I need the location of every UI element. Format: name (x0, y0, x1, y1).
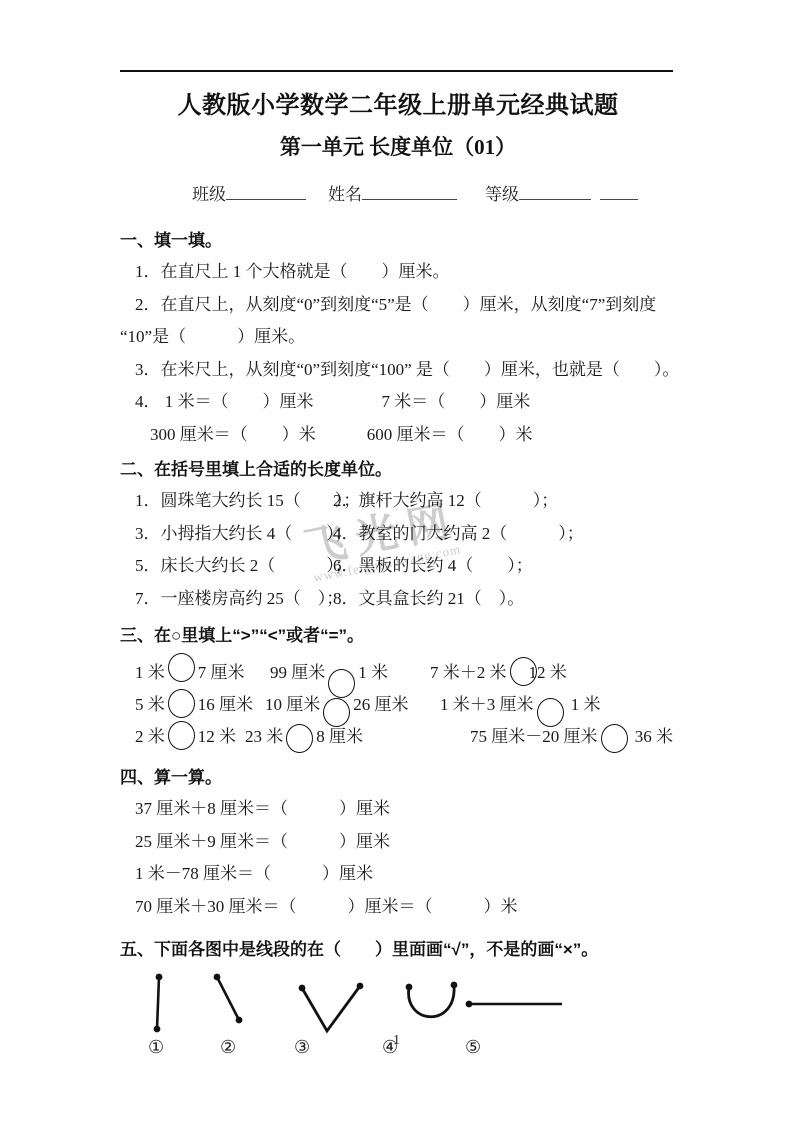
question-line: 1．在直尺上 1 个大格就是（ ）厘米。 (120, 256, 676, 289)
question-item: 2．旗杆大约高 12（ ）； (333, 485, 558, 518)
page-content: 人教版小学数学二年级上册单元经典试题 第一单元 长度单位（01） 班级姓名等级 … (120, 80, 676, 1071)
figure-horizontal-segment (462, 997, 568, 1011)
unit-question-row: 1．圆珠笔大约长 15（ ）；2．旗杆大约高 12（ ）； (120, 485, 676, 518)
figure-number-4: ④ (382, 1037, 398, 1058)
figure-number-1: ① (148, 1037, 164, 1058)
name-label: 姓名 (328, 185, 362, 204)
compare-right: 36 米 (631, 727, 674, 746)
compare-left: 5 米 (135, 695, 165, 714)
figure-vertical-segment (148, 971, 168, 1035)
comparison-row: 2 米12 米 23 米8 厘米 75 厘米－20 厘米 36 米 (120, 721, 676, 753)
question-item: 1．圆珠笔大约长 15（ ）； (135, 485, 333, 518)
question-item: 6．黑板的长约 4（ ）； (333, 550, 533, 583)
question-line: 2．在直尺上，从刻度“0”到刻度“5”是（ ）厘米，从刻度“7”到刻度 (120, 289, 676, 322)
class-blank-field (226, 184, 306, 200)
figure-v-shape (296, 981, 368, 1037)
comparison-row: 5 米16 厘米 10 厘米26 厘米 1 米＋3 厘米 1 米 (120, 689, 676, 721)
section2-heading: 二、在括号里填上合适的长度单位。 (120, 455, 676, 485)
figure-number-3: ③ (294, 1037, 310, 1058)
comparison-circle (168, 689, 195, 718)
section4-heading: 四、算一算。 (120, 763, 676, 793)
document-title: 人教版小学数学二年级上册单元经典试题 (120, 86, 676, 126)
comparison-circle (286, 724, 313, 753)
question-item: 8．文具盒长约 21（ ）。 (333, 583, 524, 616)
question-item: 3．小拇指大约长 4（ ）； (135, 518, 333, 551)
question-line-continuation: “10”是（ ）厘米。 (120, 321, 676, 354)
worksheet-page: 飞光网 www.feiguangwang.com 人教版小学数学二年级上册单元经… (0, 0, 793, 1122)
name-blank-field (362, 184, 457, 200)
question-line: 4． 1 米＝（ ）厘米 7 米＝（ ）厘米 (120, 386, 676, 419)
calc-line: 1 米－78 厘米＝（ ）厘米 (120, 858, 676, 891)
unit-subtitle: 第一单元 长度单位（01） (120, 130, 676, 164)
comparison-circle (168, 721, 195, 750)
compare-left: 1 米＋3 厘米 (440, 695, 534, 714)
compare-right: 1 米 (567, 695, 601, 714)
grade-blank-field-2 (600, 184, 638, 200)
compare-right: 7 厘米 (198, 663, 245, 682)
figure-number-5: ⑤ (465, 1037, 481, 1058)
comparison-row: 1 米7 厘米 99 厘米1 米 7 米＋2 米12 米 (120, 657, 676, 689)
question-line: 3．在米尺上，从刻度“0”到刻度“100” 是（ ）厘米，也就是（ ）。 (120, 354, 676, 387)
grade-blank-field (519, 184, 591, 200)
calc-line: 70 厘米＋30 厘米＝（ ）厘米＝（ ）米 (120, 891, 676, 924)
header-rule (120, 70, 673, 72)
calc-line: 25 厘米＋9 厘米＝（ ）厘米 (120, 826, 676, 859)
figure-number-2: ② (220, 1037, 236, 1058)
section5-heading: 五、下面各图中是线段的在（ ）里面画“√”，不是的画“×”。 (120, 935, 676, 965)
section1-heading: 一、填一填。 (120, 226, 676, 256)
question-item: 5．床长大约长 2（ ）； (135, 550, 333, 583)
unit-question-row: 3．小拇指大约长 4（ ）；4．教室的门大约高 2（ ）； (120, 518, 676, 551)
grade-label: 等级 (485, 185, 519, 204)
compare-right: 1 米 (358, 663, 388, 682)
compare-right: 8 厘米 (316, 727, 363, 746)
section3-heading: 三、在○里填上“>”“<”或者“=”。 (120, 621, 676, 651)
compare-right: 26 厘米 (353, 695, 408, 714)
unit-question-row: 7．一座楼房高约 25（ ）；8．文具盒长约 21（ ）。 (120, 583, 676, 616)
compare-left: 1 米 (135, 663, 165, 682)
comparison-circle (168, 653, 195, 682)
comparison-circle (510, 657, 537, 686)
compare-left: 75 厘米－20 厘米 (470, 727, 598, 746)
compare-left: 7 米＋2 米 (430, 663, 507, 682)
question-item: 4．教室的门大约高 2（ ）； (333, 518, 584, 551)
question-item: 7．一座楼房高约 25（ ）； (135, 583, 333, 616)
line-segment-figures: ① ② ③ ④ ⑤ (120, 969, 676, 1071)
unit-question-row: 5．床长大约长 2（ ）；6．黑板的长约 4（ ）； (120, 550, 676, 583)
figure-diagonal-segment (210, 971, 246, 1027)
compare-left: 10 厘米 (265, 695, 320, 714)
comparison-circle (601, 724, 628, 753)
compare-left: 23 米 (245, 727, 283, 746)
calc-line: 37 厘米＋8 厘米＝（ ）厘米 (120, 793, 676, 826)
compare-right: 16 厘米 (198, 695, 253, 714)
compare-left: 2 米 (135, 727, 165, 746)
class-label: 班级 (192, 185, 226, 204)
figure-curve (402, 979, 462, 1031)
compare-left: 99 厘米 (270, 663, 325, 682)
student-info-line: 班级姓名等级 (120, 180, 676, 208)
compare-right: 12 米 (198, 727, 236, 746)
question-line: 300 厘米＝（ ）米 600 厘米＝（ ）米 (120, 419, 676, 452)
